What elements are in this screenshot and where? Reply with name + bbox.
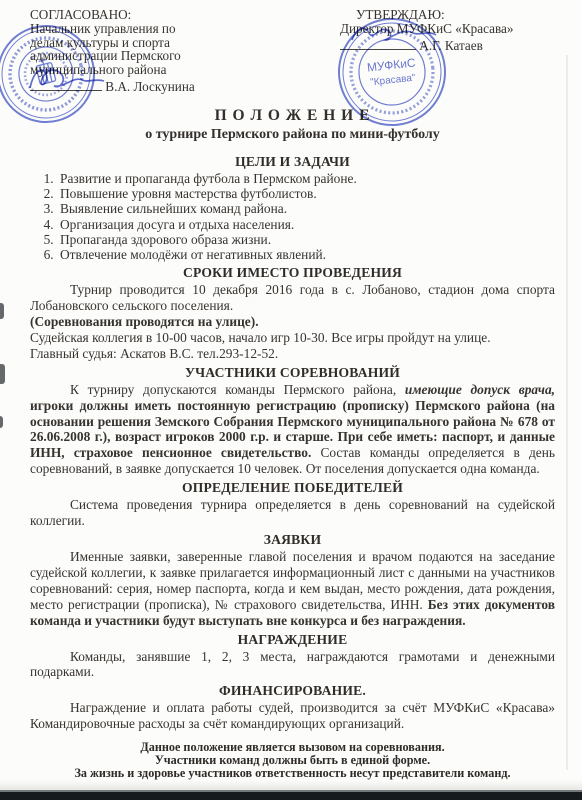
- section-heading-participants: УЧАСТНИКИ СОРЕВНОВАНИЙ: [30, 365, 555, 381]
- dates-paragraph: Турнир проводится 10 декабря 2016 года в…: [30, 282, 555, 314]
- signature-loskunina: [24, 62, 112, 96]
- footer-notes: Данное положение является вызовом на сор…: [30, 741, 555, 780]
- section-heading-winners: ОПРЕДЕЛЕНИЕ ПОБЕДИТЕЛЕЙ: [30, 480, 555, 496]
- paper-edge-line: [566, 55, 568, 770]
- section-heading-financing: ФИНАНСИРОВАНИЕ.: [30, 683, 555, 699]
- goals-item: Пропаганда здорового образа жизни.: [57, 232, 555, 247]
- dates-schedule: Судейская коллегия в 10-00 часов, начало…: [30, 330, 555, 346]
- section-heading-dates: СРОКИ ИМЕСТО ПРОВЕДЕНИЯ: [30, 265, 555, 281]
- scan-edge-bar: [0, 790, 582, 800]
- goals-item: Отвлечение молодёжи от негативных явлени…: [57, 247, 555, 262]
- section-heading-applications: ЗАЯВКИ: [30, 532, 555, 548]
- goals-item: Выявление сильнейших команд района.: [57, 201, 555, 216]
- stamp-center-text-1: МУФКиС: [366, 55, 416, 74]
- scan-smudge: [0, 416, 3, 428]
- stamp-center-text-2: "Красава": [370, 73, 417, 89]
- signature-kataev: [348, 22, 440, 48]
- participants-paragraph: К турниру допускаются команды Пермского …: [30, 382, 555, 477]
- goals-item: Развитие и пропаганда футбола в Пермском…: [57, 171, 555, 186]
- scan-smudge: [0, 303, 4, 319]
- scan-smudge: [0, 364, 5, 384]
- goals-list: Развитие и пропаганда футбола в Пермском…: [30, 171, 555, 262]
- awards-paragraph: Команды, занявшие 1, 2, 3 места, награжд…: [30, 649, 555, 681]
- dates-chief-referee: Главный судья: Аскатов В.С. тел.293-12-5…: [30, 346, 555, 362]
- scanned-document-page: СОГЛАСОВАНО: Начальник управления по дел…: [0, 0, 582, 800]
- agreed-signer-name: В.А. Лоскунина: [105, 79, 194, 94]
- section-heading-goals: ЦЕЛИ И ЗАДАЧИ: [30, 154, 555, 170]
- financing-paragraph: Награждение и оплата работы судей, произ…: [30, 700, 555, 732]
- goals-item: Организация досуга и отдыха населения.: [57, 217, 555, 232]
- document-subtitle: о турнире Пермского района по мини-футбо…: [30, 126, 555, 143]
- goals-item: Повышение уровня мастерства футболистов.: [57, 186, 555, 201]
- section-heading-awards: НАГРАЖДЕНИЕ: [30, 632, 555, 648]
- footer-note: За жизнь и здоровье участников ответстве…: [30, 767, 555, 780]
- participants-run-normal: К турниру допускаются команды Пермского …: [70, 382, 405, 397]
- dates-note-outdoor: (Соревнования проводятся на улице).: [30, 314, 555, 330]
- participants-run-bold-italic: имеющие допуск врача,: [405, 382, 555, 397]
- winners-paragraph: Система проведения турнира определяется …: [30, 497, 555, 529]
- applications-paragraph: Именные заявки, заверенные главой поселе…: [30, 549, 555, 629]
